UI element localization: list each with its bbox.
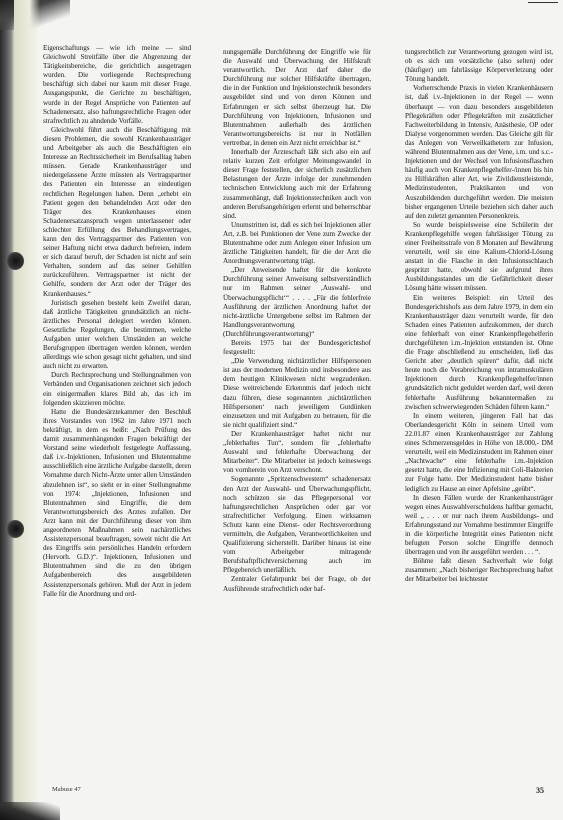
paragraph: Juristisch gesehen besteht kein Zweifel …	[43, 299, 191, 372]
scan-mark	[528, 2, 558, 3]
paragraph: In diesen Fällen wurde der Krankenhaustr…	[405, 494, 553, 558]
punch-hole-icon	[6, 252, 24, 270]
paragraph: In einem weiteren, jüngeren Fall hat das…	[405, 412, 553, 494]
paragraph: Durch Rechtsprechung und Stellungnahmen …	[43, 371, 191, 407]
footer-publication: Mabuse 47	[52, 786, 81, 793]
paragraph: Unumstritten ist, daß es sich bei Injekt…	[223, 221, 371, 266]
page-edge-shading	[14, 0, 40, 820]
paragraph: Hatte die Bundesärztekammer den Beschluß…	[43, 408, 191, 599]
text-column-2: nungsgemäße Durchführung der Eingriffe w…	[223, 48, 371, 594]
paragraph: tungsrechtlich zur Verantwortung gezogen…	[405, 48, 553, 84]
paragraph: So wurde beispielsweise eine Schülerin d…	[405, 221, 553, 294]
paragraph: Bereits 1975 hat der Bundesgerichtshof f…	[223, 339, 371, 357]
paragraph: Der Krankenhausträger haftet nicht nur „…	[223, 430, 371, 475]
paragraph: „Die Verwendung nichtärztlicher Hilfsper…	[223, 357, 371, 430]
text-column-3: tungsrechtlich zur Verantwortung gezogen…	[405, 48, 553, 585]
paragraph: Innerhalb der Ärzteschaft läßt sich also…	[223, 148, 371, 221]
paragraph: Sogenannte „Spritzenschwestern“ schadene…	[223, 475, 371, 575]
paragraph: Vorherrschende Praxis in vielen Krankenh…	[405, 84, 553, 220]
paragraph: Eigenschaftungs — wie ich meine — sind G…	[43, 44, 191, 126]
paragraph: Ein weiteres Beispiel: ein Urteil des Bu…	[405, 294, 553, 412]
document-page: Eigenschaftungs — wie ich meine — sind G…	[43, 44, 551, 784]
binder-bottom-shadow	[0, 802, 60, 820]
paragraph: Zentraler Gefahrpunkt bei der Frage, ob …	[223, 575, 371, 593]
text-column-1: Eigenschaftungs — wie ich meine — sind G…	[43, 44, 191, 599]
punch-hole-icon	[6, 520, 24, 538]
page-number: 35	[536, 786, 544, 795]
paragraph: Böhme faßt diesen Sachverhalt wie folgt …	[405, 557, 553, 584]
paragraph: Gleichwohl führt auch die Beschäftigung …	[43, 126, 191, 299]
paragraph: nungsgemäße Durchführung der Eingriffe w…	[223, 48, 371, 148]
paragraph: „Der Anweisende haftet für die konkrete …	[223, 266, 371, 339]
binder-edge	[0, 0, 14, 820]
